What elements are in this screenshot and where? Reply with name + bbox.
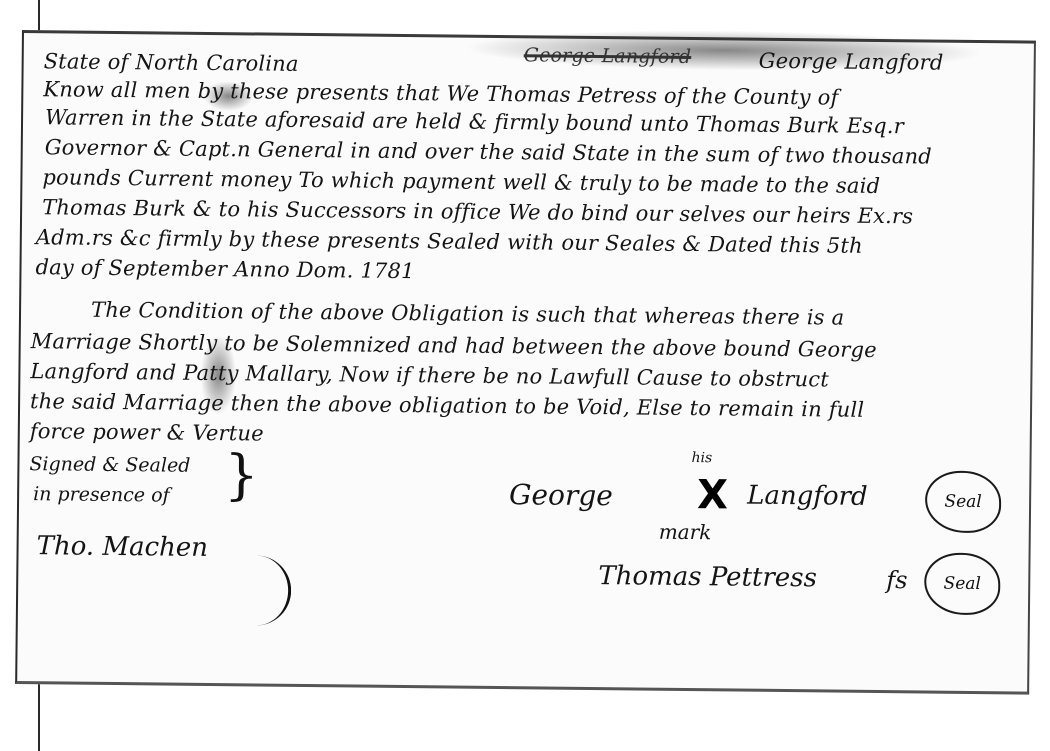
body-line-2: Know all men by these presents that We T… [43, 77, 838, 109]
body-line-5: pounds Current money To which payment we… [42, 165, 880, 198]
document-sheet: George Langford George Langford State of… [15, 30, 1036, 695]
witness-line-2: in presence of [33, 483, 170, 506]
body-line-13: force power & Vertue [30, 419, 264, 445]
signature-last-name: Langford [747, 481, 868, 512]
header-name: George Langford [759, 49, 944, 75]
body-line-11: Langford and Patty Mallary, Now if there… [30, 359, 829, 391]
signature-first-name: George [509, 478, 613, 512]
witness-line-1: Signed & Sealed [29, 453, 190, 477]
struck-header-name: George Langford [524, 44, 692, 68]
body-line-6: Thomas Burk & to his Successors in offic… [42, 195, 913, 228]
signature-his-label: his [691, 450, 712, 466]
signature-mark-x: X [697, 472, 728, 518]
signature-mark-label: mark [659, 520, 712, 545]
witness-signature: Tho. Machen [36, 531, 208, 563]
body-line-3: Warren in the State aforesaid are held &… [45, 105, 904, 138]
body-line-4: Governor & Capt.n General in and over th… [45, 135, 932, 168]
seal-1: Seal [925, 470, 1002, 533]
witness-brace: } [224, 443, 259, 506]
body-line-7: Adm.rs &c firmly by these presents Seale… [36, 225, 863, 258]
body-line-10: Marriage Shortly to be Solemnized and ha… [31, 329, 877, 362]
body-line-12: the said Marriage then the above obligat… [30, 389, 864, 422]
signature-second-suffix: fs [886, 566, 907, 594]
body-line-9: The Condition of the above Obligation is… [91, 298, 844, 330]
body-line-1: State of North Carolina [44, 49, 299, 76]
signature-flourish [238, 555, 292, 626]
signature-second: Thomas Pettress [598, 561, 817, 593]
seal-2: Seal [924, 552, 1001, 615]
body-line-8: day of September Anno Dom. 1781 [35, 255, 414, 283]
